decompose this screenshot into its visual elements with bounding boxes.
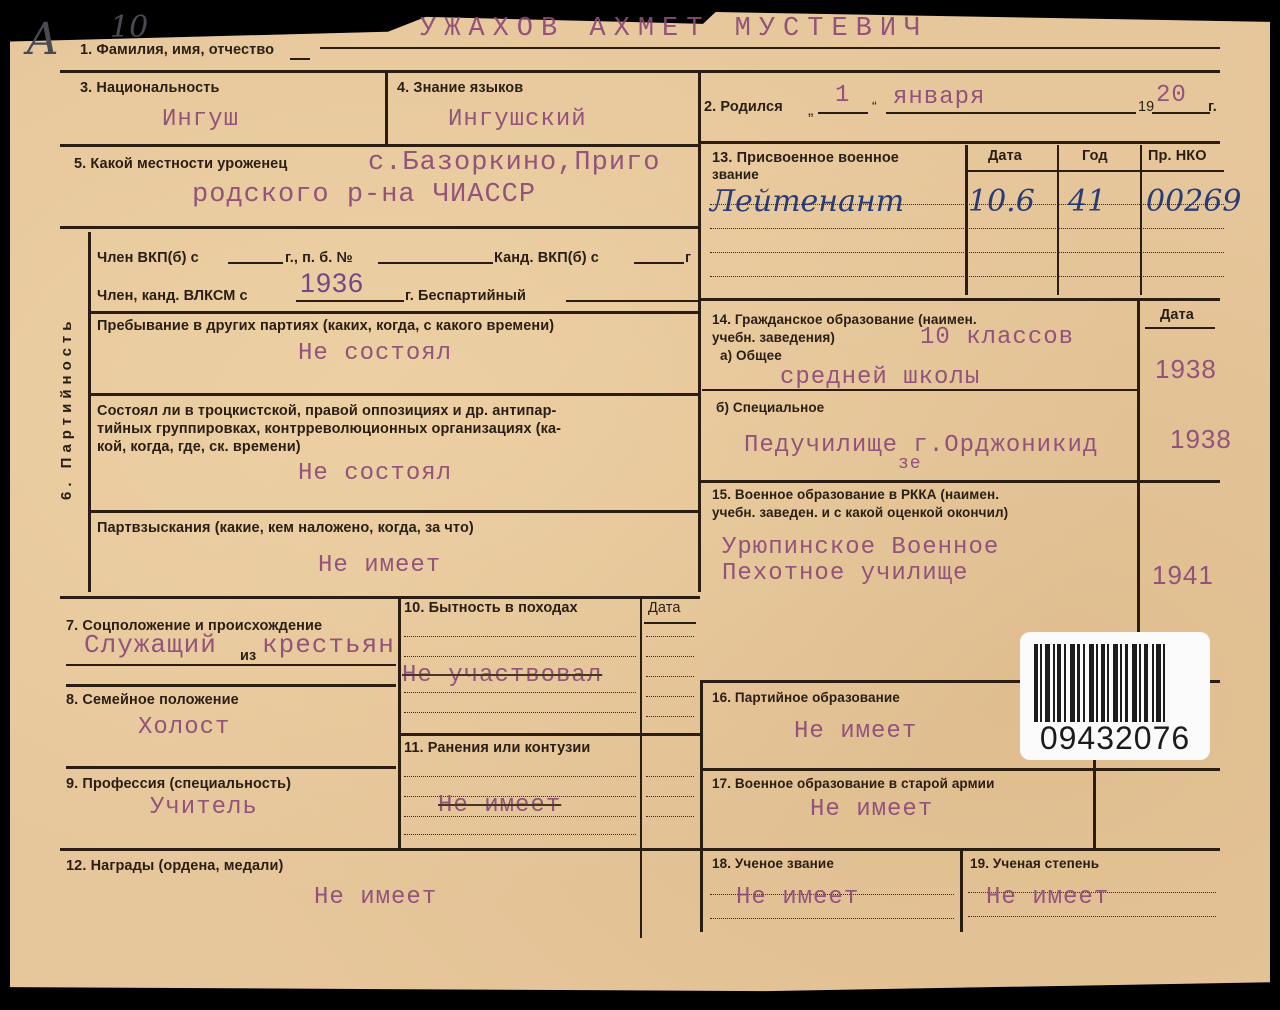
general-education-year: 1938: [1155, 354, 1217, 385]
divider: [60, 70, 1220, 73]
divider: [960, 850, 963, 932]
field-13-label-2: звание: [712, 167, 759, 182]
field-18-label: 18. Ученое звание: [712, 856, 834, 871]
field-14-date-header: Дата: [1160, 307, 1194, 323]
dotted-line: [404, 834, 636, 835]
divider: [90, 393, 700, 396]
barcode-number: 09432076: [1020, 720, 1210, 757]
divider: [634, 262, 684, 264]
divider: [700, 768, 1220, 771]
special-education-year: 1938: [1170, 424, 1232, 455]
divider: [66, 684, 396, 687]
divider: [640, 850, 642, 938]
field-12-value: Не имеет: [314, 884, 437, 911]
dotted-line: [646, 776, 694, 777]
divider: [698, 72, 701, 592]
dotted-line: [968, 916, 1216, 917]
special-education-value-sub: зе: [898, 454, 922, 474]
field-4-value: Ингушский: [448, 106, 587, 133]
field-7-value: Служащий: [84, 630, 217, 660]
field-13-order-header: Пр. НКО: [1148, 148, 1207, 164]
divider: [1137, 300, 1140, 678]
field-13-date: 10.6: [968, 184, 1035, 219]
divider: [66, 664, 396, 666]
field-9-value: Учитель: [150, 794, 258, 821]
opposition-label-1: Состоял ли в троцкистской, правой оппози…: [97, 403, 556, 419]
general-education-label: а) Общее: [720, 348, 782, 363]
field-11-value: Не имеет: [438, 792, 561, 819]
birth-month: января: [893, 84, 985, 111]
field-15-year: 1941: [1152, 560, 1214, 591]
divider: [700, 682, 703, 932]
divider: [90, 311, 700, 314]
dotted-line: [404, 656, 636, 657]
field-15-label: 15. Военное образование в РККА (наимен.: [712, 487, 999, 502]
field-19-label: 19. Ученая степень: [970, 856, 1099, 871]
opposition-value: Не состоял: [298, 460, 452, 487]
other-parties-label: Пребывание в других партиях (каких, когд…: [97, 318, 554, 334]
birth-year-unit: г.: [1208, 99, 1217, 115]
field-14-label-2: учебн. заведения): [712, 330, 835, 345]
field-5-value-line1: с.Базоркино,Приго: [368, 148, 660, 178]
field-10-value: Не участвовал: [402, 662, 602, 689]
divider: [965, 145, 968, 295]
dotted-line: [646, 716, 694, 717]
penalties-value: Не имеет: [318, 552, 441, 579]
other-parties-value: Не состоял: [298, 340, 452, 367]
divider: [378, 262, 493, 264]
divider: [966, 170, 1224, 172]
field-7-connector: из: [240, 648, 256, 664]
field-15-label-2: учебн. заведен. и с какой оценкой окончи…: [712, 505, 1008, 520]
field-8-label: 8. Семейное положение: [66, 692, 239, 708]
barcode-sticker: 09432076: [1020, 632, 1210, 760]
corner-pencil-number: 10: [110, 10, 148, 45]
divider: [700, 298, 1220, 301]
divider: [60, 144, 700, 147]
field-19-value: Не имеет: [986, 884, 1109, 911]
vlksm-label: Член, канд. ВЛКСМ с: [97, 288, 248, 304]
member-vkpb-card: г., п. б. №: [285, 250, 353, 266]
general-education-value-1: 10 классов: [920, 324, 1074, 351]
divider: [644, 622, 696, 624]
field-17-value: Не имеет: [810, 796, 933, 823]
divider: [566, 300, 698, 302]
divider: [60, 226, 700, 229]
birth-year-suffix: 20: [1156, 82, 1187, 109]
divider: [818, 112, 868, 114]
divider: [296, 300, 404, 302]
field-7-origin: крестьян: [262, 630, 395, 660]
vlksm-year: 1936: [300, 268, 364, 299]
divider: [228, 262, 283, 264]
dotted-line: [404, 776, 636, 777]
general-education-value-2: средней школы: [780, 364, 980, 391]
dotted-line: [710, 204, 1224, 205]
dotted-line: [710, 252, 1224, 253]
dotted-line: [646, 636, 694, 637]
field-13-date-header: Дата: [988, 148, 1022, 164]
field-10-label: 10. Бытность в походах: [404, 600, 578, 616]
special-education-label: б) Специальное: [716, 400, 824, 415]
divider: [700, 141, 1220, 144]
opposition-label-2: тийных группировках, контрреволюционных …: [97, 421, 561, 437]
divider: [640, 598, 642, 848]
divider: [1145, 327, 1215, 329]
field-4-label: 4. Знание языков: [397, 80, 523, 96]
dotted-line: [646, 656, 694, 657]
member-vkpb-label: Член ВКП(б) с: [97, 250, 199, 266]
field-1-value: УЖАХОВ АХМЕТ МУСТЕВИЧ: [420, 14, 928, 44]
quote-open: „: [808, 102, 813, 120]
field-15-value-2: Пехотное училище: [722, 560, 968, 587]
field-18-value: Не имеет: [736, 884, 859, 911]
divider: [385, 72, 388, 145]
field-5-label: 5. Какой местности уроженец: [74, 156, 287, 172]
field-11-label: 11. Ранения или контузии: [404, 740, 590, 756]
dotted-line: [646, 696, 694, 697]
cand-vkpb-year: г: [685, 250, 691, 266]
divider: [700, 480, 1220, 483]
field-16-label: 16. Партийное образование: [712, 690, 900, 705]
dotted-line: [404, 636, 636, 637]
dotted-line: [404, 692, 636, 693]
divider: [702, 389, 1137, 391]
dotted-line: [404, 712, 636, 713]
field-15-value-1: Урюпинское Военное: [722, 534, 999, 561]
divider: [88, 232, 91, 592]
divider: [320, 47, 1220, 49]
corner-pencil-letter: А: [26, 14, 59, 65]
dotted-line: [710, 228, 1224, 229]
field-8-value: Холост: [138, 714, 230, 741]
field-13-year-header: Год: [1082, 148, 1108, 164]
divider: [1057, 145, 1059, 295]
field-12-label: 12. Награды (ордена, медали): [66, 858, 283, 874]
field-13-label: 13. Присвоенное военное: [712, 150, 899, 166]
divider: [290, 58, 310, 60]
birth-day: 1: [835, 82, 850, 109]
penalties-label: Партвзыскания (какие, кем наложено, когд…: [97, 520, 474, 536]
divider: [1140, 145, 1142, 295]
divider: [60, 596, 700, 599]
field-16-value: Не имеет: [794, 718, 917, 745]
field-10-date-header: Дата: [648, 600, 681, 616]
divider: [90, 510, 700, 513]
field-3-label: 3. Национальность: [80, 80, 220, 96]
divider: [400, 733, 700, 736]
cand-vkpb-label: Канд. ВКП(б) с: [494, 250, 599, 266]
divider: [1152, 112, 1210, 114]
divider: [886, 112, 1136, 114]
field-9-label: 9. Профессия (специальность): [66, 776, 291, 792]
divider: [66, 766, 396, 769]
dotted-line: [710, 276, 1224, 277]
opposition-label-3: кой, когда, где, ск. времени): [97, 439, 301, 455]
quote-close: “: [872, 98, 877, 114]
field-17-label: 17. Военное образование в старой армии: [712, 776, 994, 791]
dotted-line: [646, 796, 694, 797]
divider: [398, 598, 401, 848]
field-1-label: 1. Фамилия, имя, отчество: [80, 42, 274, 58]
dotted-line: [646, 676, 694, 677]
dotted-line: [646, 816, 694, 817]
field-13-order: 00269: [1146, 184, 1241, 219]
field-6-label: 6. Партийность: [58, 317, 75, 501]
field-13-rank: Лейтенант: [710, 184, 904, 219]
field-3-value: Ингуш: [162, 106, 239, 133]
dotted-line: [710, 918, 954, 919]
field-2-label: 2. Родился: [704, 99, 783, 115]
barcode-icon: [1034, 644, 1196, 722]
field-5-value-line2: родского р-на ЧИАССР: [192, 180, 536, 210]
field-13-year: 41: [1068, 184, 1106, 219]
vlksm-unit: г. Беспартийный: [405, 288, 526, 304]
